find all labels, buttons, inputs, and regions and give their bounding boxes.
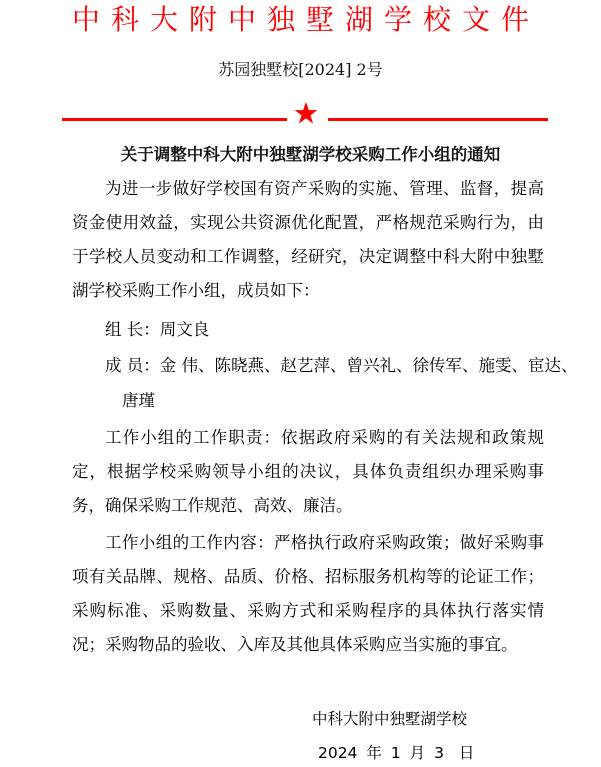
roster-members-continued: 唐瑾 [122,384,155,418]
intro-paragraph: 为进一步做好学校国有资产采购的实施、管理、监督，提高资金使用效益，实现公共资源优… [72,172,544,308]
divider-line-right [328,118,548,121]
date-month: 1 [391,742,401,764]
leader-name: 周文良 [160,320,210,339]
signature-date: 2024 年 1 月 3 日 [318,742,474,764]
date-day-unit: 日 [459,742,475,764]
members-label: 成 员： [105,356,160,375]
roster-leader: 组 长：周文良 [105,313,209,347]
members-list: 金 伟、陈晓燕、赵艺萍、曾兴礼、徐传军、施雯、宦达、 [160,356,578,375]
date-year-unit: 年 [366,742,382,764]
signature-organization: 中科大附中独墅湖学校 [312,708,467,730]
star-icon [294,101,318,125]
date-day: 3 [434,742,444,764]
contents-paragraph: 工作小组的工作内容：严格执行政府采购政策；做好采购事项有关品牌、规格、品质、价格… [72,526,544,662]
header-divider [0,99,601,139]
notice-title: 关于调整中科大附中独墅湖学校采购工作小组的通知 [0,143,601,167]
date-month-unit: 月 [410,742,426,764]
divider-line-left [62,118,287,121]
document-header-title: 中科大附中独墅湖学校文件 [0,2,601,38]
roster-members: 成 员：金 伟、陈晓燕、赵艺萍、曾兴礼、徐传军、施雯、宦达、 [105,349,578,383]
date-year: 2024 [318,742,357,764]
document-number: 苏园独墅校[2024] 2号 [0,58,601,82]
leader-label: 组 长： [105,320,160,339]
duties-paragraph: 工作小组的工作职责：依据政府采购的有关法规和政策规定，根据学校采购领导小组的决议… [72,421,544,523]
